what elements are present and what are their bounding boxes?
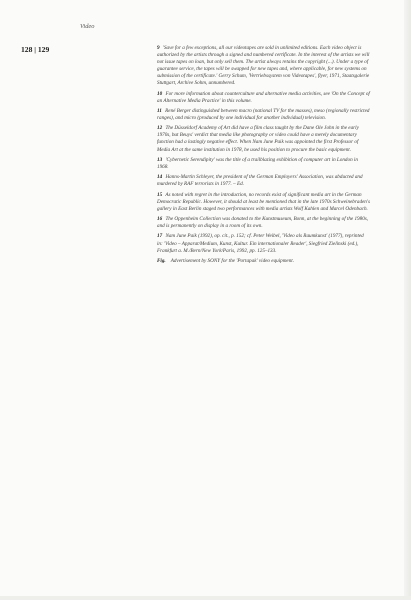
endnote-16: 16 The Oppenheim Collection was donated … [157, 216, 370, 230]
figure-label: Fig. [157, 258, 166, 264]
note-text: René Berger distinguished between macro … [157, 108, 369, 121]
note-text: 'Cybernetic Serendipity' was the title o… [157, 157, 358, 170]
note-text: The Oppenheim Collection was donated to … [157, 216, 368, 229]
note-number: 14 [157, 174, 162, 180]
endnote-12: 12 The Düsseldorf Academy of Art did hav… [157, 125, 370, 153]
note-text: Hanns-Martin Schleyer, the president of … [157, 174, 363, 187]
note-text: As noted with regret in the introduction… [157, 192, 370, 212]
page-edge-shadow [404, 0, 411, 600]
endnotes: 9 'Save for a few exceptions, all our vi… [157, 45, 370, 268]
note-text: 'Save for a few exceptions, all our vide… [157, 45, 369, 86]
note-number: 13 [157, 157, 162, 163]
endnote-14: 14 Hanns-Martin Schleyer, the president … [157, 174, 370, 188]
page-bottom-edge [0, 596, 411, 600]
endnote-9: 9 'Save for a few exceptions, all our vi… [157, 45, 370, 87]
endnote-15: 15 As noted with regret in the introduct… [157, 192, 370, 213]
endnote-11: 11 René Berger distinguished between mac… [157, 108, 370, 122]
note-text: The Düsseldorf Academy of Art did have a… [157, 125, 359, 152]
figure-caption-text: Advertisement by SONY for the 'Portapak'… [171, 258, 294, 264]
running-head: Video [80, 23, 94, 30]
endnote-13: 13 'Cybernetic Serendipity' was the titl… [157, 157, 370, 171]
page-numbers: 128 | 129 [21, 45, 49, 54]
note-number: 12 [157, 125, 162, 131]
note-number: 17 [157, 233, 162, 239]
note-number: 16 [157, 216, 162, 222]
note-number: 15 [157, 192, 162, 198]
note-text: Nam June Paik (1992), op. cit., p. 152; … [157, 233, 364, 253]
note-number: 9 [157, 45, 160, 51]
note-number: 11 [157, 108, 162, 114]
figure-caption: Fig.Advertisement by SONY for the 'Porta… [157, 258, 370, 265]
note-text: For more information about countercultur… [157, 91, 370, 104]
endnote-10: 10 For more information about countercul… [157, 91, 370, 105]
note-number: 10 [157, 91, 162, 97]
endnote-17: 17 Nam June Paik (1992), op. cit., p. 15… [157, 233, 370, 254]
